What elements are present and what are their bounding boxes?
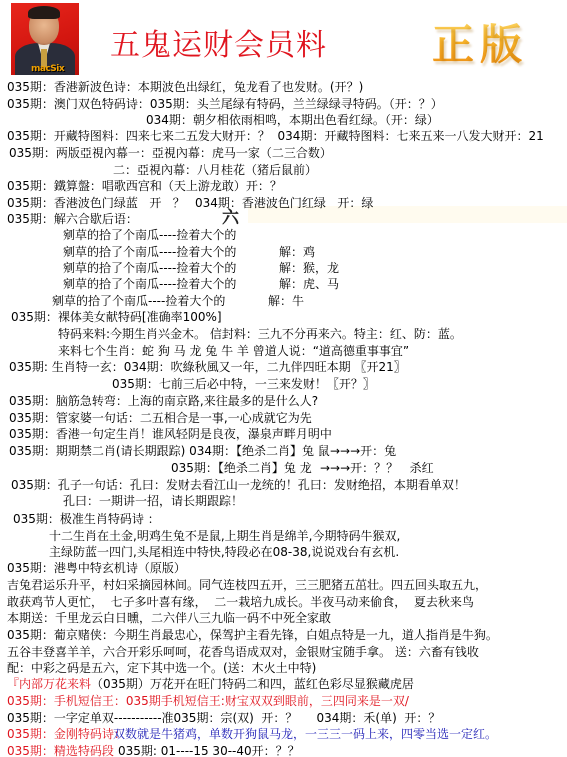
text-line: 剜草的拾了个南瓜----捡着大个的 — [63, 261, 236, 276]
text-line: 035期：管家婆一句话：二五相合是一事,一心成就它为先 — [9, 411, 312, 426]
text-line: 035期：【绝杀二肖】兔 龙 — [171, 461, 312, 476]
text-line: 035期：香港新波色诗：本期波色出绿红，兔龙看了也发财。(开？) — [7, 80, 363, 95]
text-line: 解：虎、马 — [279, 277, 339, 292]
internal-source-label: 『内部万花来料 — [7, 677, 91, 692]
text-line: 二：亞視內幕：八月桂花（猪后鼠前） — [113, 163, 317, 178]
text-line: （035期）万花开在旺门特码二和四，蓝红色彩尽显猴藏虎居 — [91, 677, 414, 692]
header-banner: macSix 五鬼运财会员料 正版 — [0, 0, 567, 78]
vajra-poem-label: 035期：金刚特码诗： — [7, 727, 126, 742]
text-line: 敢获鸡节人更忙， 七子多叶喜有缘， 二一栽培九成长。半夜马动来偷食， 夏去秋来鸟 — [7, 595, 474, 610]
text-line: 035期：香港一句定生肖！谁风轻阴是良夜，瀑泉声畔月明中 — [9, 427, 332, 442]
page-title: 五鬼运财会员料 — [110, 20, 327, 64]
avatar-brand-watermark: macSix — [31, 64, 64, 74]
text-line: 035期：两版亞視內幕一：亞視內幕：虎马一家（二三合数） — [9, 146, 332, 161]
avatar-hair — [28, 6, 60, 19]
avatar: macSix — [11, 3, 79, 75]
text-line: 035期: 生肖特一玄：034期：吹綠秋風又一年，二九伴四旺本期 〖开21〗 — [9, 360, 406, 375]
text-line: 035期：极准生肖特码诗 ： — [13, 512, 160, 527]
text-line: 035期：葡京赌侠：今期生肖最忠心，保驾护主看先锋，白姐点特是一九，道人指肖是牛… — [7, 628, 498, 643]
text-line: 十二生肖在土金,明鸡生兔不是鼠,上期生肖是绵羊,今期特码牛猴双, — [49, 529, 400, 544]
text-line: 035期：鐵算盤：唱歌西宫和（天上游龙敢）开：？ — [7, 179, 282, 194]
text-line: 035期：一字定单双-----------准035期：宗(双) 开：？ 034期… — [7, 711, 440, 726]
text-line: 035期：脑筋急转弯：上海的南京路,来往最多的是什么人? — [9, 394, 318, 409]
text-line: 035期：香港波色门绿蓝 开 ？ — [7, 196, 185, 211]
text-line: 剜草的拾了个南瓜----捡着大个的 — [63, 245, 236, 260]
text-line: 主绿防蓝一四门,头尾相连中特快,特段必在08-38,说说戏台有玄机. — [49, 545, 399, 560]
text-line: 剜草的拾了个南瓜----捡着大个的 — [63, 228, 236, 243]
sms-king-line: 035期：手机短信王：035期手机短信王:财宝双双到眼前，三四同来是一双/ — [7, 694, 409, 709]
vajra-poem-text: 双数就是牛猪鸡，单数开狗鼠马龙，一三三一码上来，四零当选一定红。 — [113, 727, 497, 742]
text-line: 034期：香港波色门红绿 开：绿 — [195, 196, 373, 211]
text-line: 035期：裸体美女献特码[准确率100%] — [11, 310, 222, 325]
text-line: 解：鸡 — [279, 245, 315, 260]
text-line: 剜草的拾了个南瓜----捡着大个的 — [63, 277, 236, 292]
text-line: 解：猴，龙 — [279, 261, 339, 276]
text-line: →→→开：兔 — [330, 444, 396, 459]
text-line: 035期：期期禁二肖(请长期跟踪) 034期：【绝杀二肖】兔 鼠 — [9, 444, 330, 459]
selected-range-label: 035期：精选特码段 — [7, 744, 114, 757]
text-line: 吉兔君运乐升平，村妇采摘园林间。同气连枝四五开，三三肥猪五茁壮。四五回头取五九， — [7, 578, 487, 593]
text-line: 特码来料:今期生肖兴金木。 信封料：三九不分再来六。特主：红、防：蓝。 — [58, 327, 462, 342]
text-line: 035期：孔子一句话：孔曰：发财去看江山一龙统的！孔曰：发财绝招，本期看单双！ — [11, 478, 466, 493]
text-line: 剜草的拾了个南瓜----捡着大个的 — [52, 294, 225, 309]
text-line: 035期：七前三后必中特，一三来发财！〖开？〗 — [112, 377, 375, 392]
text-line: →→→开：？？ 杀红 — [320, 461, 434, 476]
text-line: 本期送：千里龙云白日曛，二六伴八三九临一码不中死全家敢 — [7, 611, 331, 626]
text-line: 035期：解六合歇后语： — [7, 212, 138, 227]
authentic-badge: 正版 — [432, 12, 528, 72]
text-line: 孔曰：一期讲一招，请长期跟踪！ — [63, 494, 243, 509]
text-line: 解：牛 — [268, 294, 304, 309]
text-line: 035期：开藏特图料：四来七来二五发大财开：？ 034期：开藏特图料：七来五来一… — [7, 129, 544, 144]
text-line: 来料七个生肖：蛇 狗 马 龙 兔 牛 羊 曾道人说：“道高德重事事宜” — [58, 344, 409, 359]
text-line: 034期：朝夕相依雨相鸣，本期出色看红绿。（开：绿） — [146, 113, 439, 128]
text-line: 035期: 01----15 30--40开：？？ — [118, 744, 300, 757]
text-line: 035期：港粤中特玄机诗（原版） — [7, 561, 186, 576]
text-line: 配：中彩之码是五六，定下其中选一个。(送：木火土中特) — [7, 661, 316, 676]
text-line: 035期：澳门双色特码诗：035期：头兰尾绿有特码，兰兰绿绿寻特码。（开：？） — [7, 97, 443, 112]
text-line: 五谷丰登喜羊羊，六合开彩乐呵呵，花香鸟语成双对，金银财宝随手拿。 送：六畜有钱收 — [7, 645, 479, 660]
